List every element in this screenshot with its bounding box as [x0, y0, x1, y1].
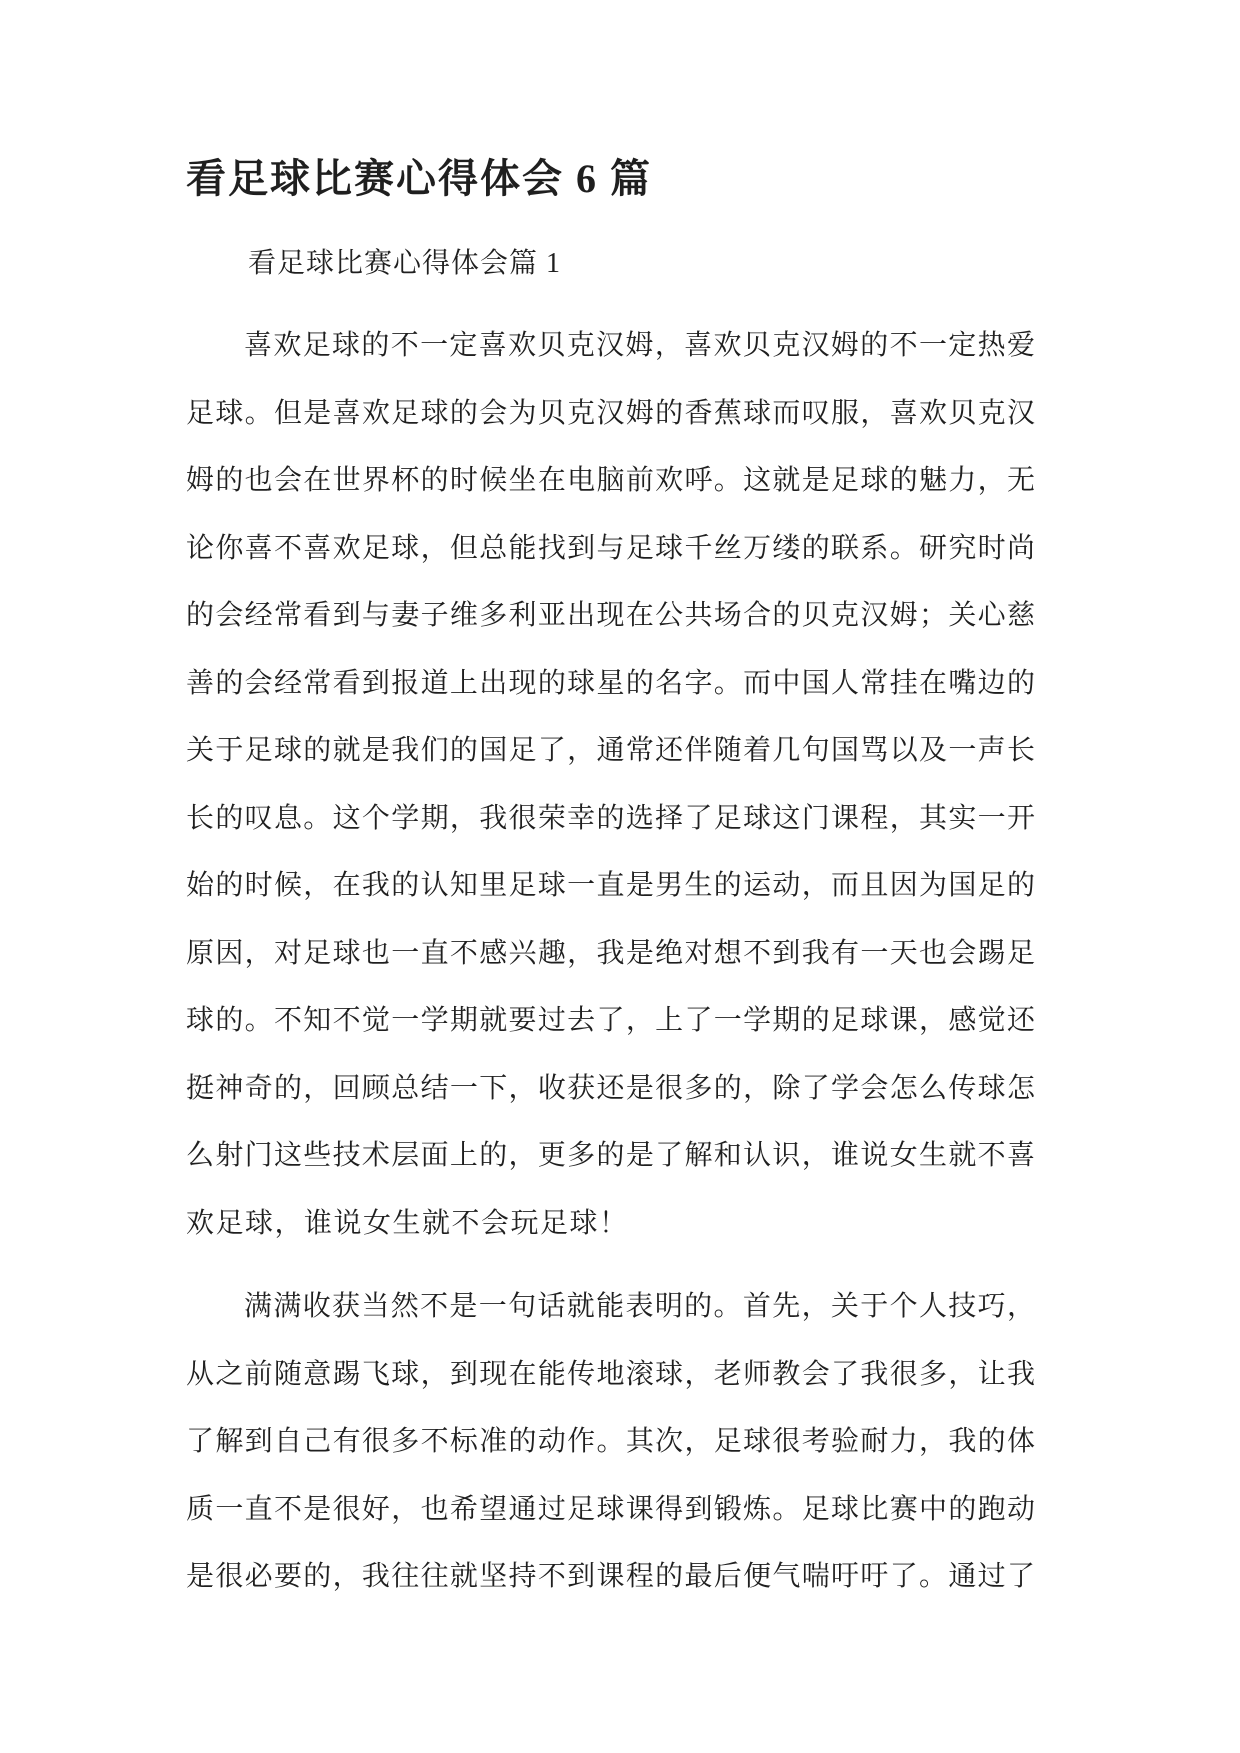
text-line: 的会经常看到与妻子维多利亚出现在公共场合的贝克汉姆；关心慈 [186, 582, 1035, 650]
text-line: 姆的也会在世界杯的时候坐在电脑前欢呼。这就是足球的魅力，无 [186, 447, 1035, 515]
document-page: 看足球比赛心得体会 6 篇 看足球比赛心得体会篇 1 喜欢足球的不一定喜欢贝克汉… [0, 0, 1240, 1753]
text-line: 挺神奇的，回顾总结一下，收获还是很多的，除了学会怎么传球怎 [186, 1055, 1035, 1123]
text-line: 关于足球的就是我们的国足了，通常还伴随着几句国骂以及一声长 [186, 717, 1035, 785]
text-line: 从之前随意踢飞球，到现在能传地滚球，老师教会了我很多，让我 [186, 1341, 1035, 1409]
text-line: 么射门这些技术层面上的，更多的是了解和认识，谁说女生就不喜 [186, 1122, 1035, 1190]
paragraph: 喜欢足球的不一定喜欢贝克汉姆，喜欢贝克汉姆的不一定热爱足球。但是喜欢足球的会为贝… [186, 312, 1035, 1257]
text-line: 论你喜不喜欢足球，但总能找到与足球千丝万缕的联系。研究时尚 [186, 515, 1035, 583]
section-heading: 看足球比赛心得体会篇 1 [186, 244, 1035, 284]
text-line: 质一直不是很好，也希望通过足球课得到锻炼。足球比赛中的跑动 [186, 1476, 1035, 1544]
text-line: 善的会经常看到报道上出现的球星的名字。而中国人常挂在嘴边的 [186, 650, 1035, 718]
text-line: 欢足球，谁说女生就不会玩足球！ [186, 1190, 1035, 1258]
text-line: 足球。但是喜欢足球的会为贝克汉姆的香蕉球而叹服，喜欢贝克汉 [186, 380, 1035, 448]
document-title: 看足球比赛心得体会 6 篇 [186, 150, 1035, 208]
document-body: 喜欢足球的不一定喜欢贝克汉姆，喜欢贝克汉姆的不一定热爱足球。但是喜欢足球的会为贝… [186, 312, 1035, 1611]
text-line: 是很必要的，我往往就坚持不到课程的最后便气喘吁吁了。通过了 [186, 1543, 1035, 1611]
paragraph: 满满收获当然不是一句话就能表明的。首先，关于个人技巧，从之前随意踢飞球，到现在能… [186, 1273, 1035, 1611]
text-line: 原因，对足球也一直不感兴趣，我是绝对想不到我有一天也会踢足 [186, 920, 1035, 988]
text-line: 满满收获当然不是一句话就能表明的。首先，关于个人技巧， [186, 1273, 1035, 1341]
text-line: 球的。不知不觉一学期就要过去了，上了一学期的足球课，感觉还 [186, 987, 1035, 1055]
text-line: 长的叹息。这个学期，我很荣幸的选择了足球这门课程，其实一开 [186, 785, 1035, 853]
text-line: 喜欢足球的不一定喜欢贝克汉姆，喜欢贝克汉姆的不一定热爱 [186, 312, 1035, 380]
text-line: 了解到自己有很多不标准的动作。其次，足球很考验耐力，我的体 [186, 1408, 1035, 1476]
text-line: 始的时候，在我的认知里足球一直是男生的运动，而且因为国足的 [186, 852, 1035, 920]
